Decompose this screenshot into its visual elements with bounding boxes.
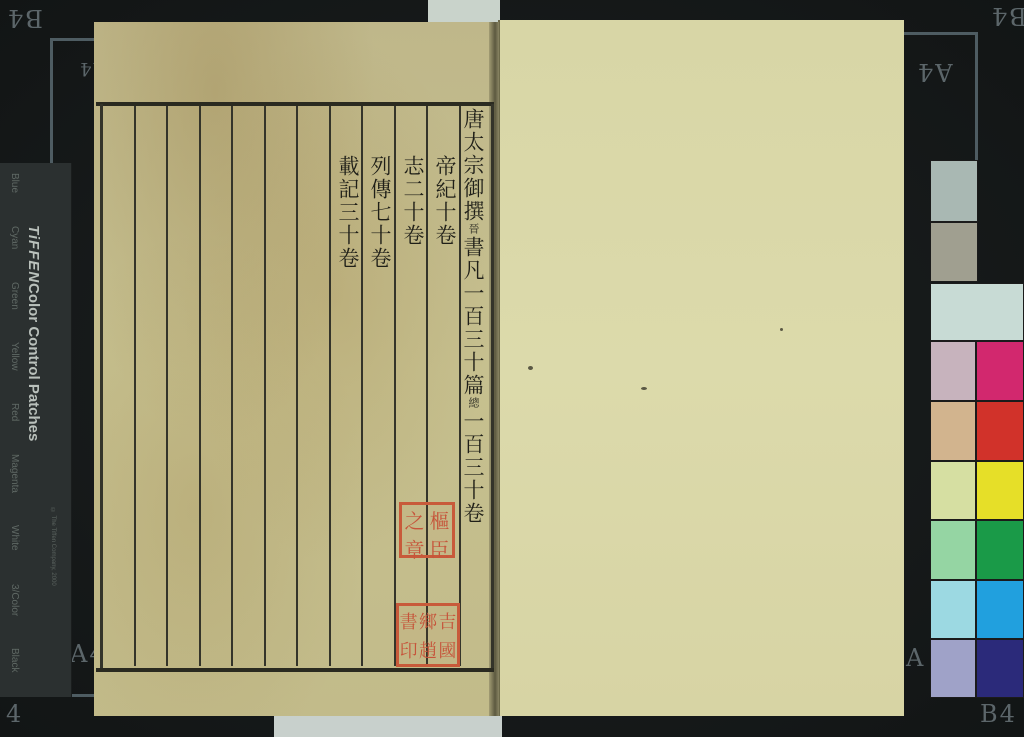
title-small-note-2: 總	[467, 397, 480, 410]
entry-imperial-annals: 帝紀十卷	[430, 155, 460, 247]
tiffen-label-black: Black	[6, 648, 20, 672]
seal-char: 臣	[430, 534, 450, 563]
patch-cyan	[976, 580, 1024, 639]
seal-char: 鄉	[419, 608, 437, 634]
entry-records: 載記三十卷	[333, 155, 363, 270]
title-main-top: 唐太宗御撰	[461, 108, 485, 223]
seal-char: 趙	[419, 637, 437, 663]
frame-label-top-right-outer: B4	[990, 2, 1024, 30]
tiffen-label-yellow: Yellow	[6, 342, 20, 371]
frame-label-top-right-inner: A4	[916, 58, 953, 86]
patch-light-yellow	[930, 461, 976, 520]
column-rule	[231, 106, 233, 666]
tiffen-label-3color: 3/Color	[6, 584, 20, 616]
seal-char: 國	[438, 637, 456, 663]
tiffen-label-blue: Blue	[6, 173, 20, 193]
tiffen-label-green: Green	[6, 282, 20, 310]
title-small-note: 晉	[467, 223, 480, 236]
entry-treatises: 志二十卷	[398, 155, 428, 247]
patch-light-blue	[930, 639, 976, 698]
seal-char: 印	[400, 637, 418, 663]
frame-label-bottom-left-outer: 4	[6, 700, 23, 728]
tape-bottom	[274, 716, 502, 737]
paper-spot	[641, 387, 647, 390]
book-right-page	[498, 20, 904, 716]
frame-line-top-right	[904, 32, 978, 35]
patch-mid-gray	[930, 222, 978, 282]
tiffen-label-magenta: Magenta	[6, 454, 20, 493]
frame-label-bottom-right-outer: B4	[980, 700, 1017, 728]
patch-magenta	[976, 341, 1024, 401]
patch-yellow	[976, 461, 1024, 520]
entry-biographies: 列傳七十卷	[365, 155, 395, 270]
red-seal-stamp-1: 之 樞 章 臣	[399, 502, 455, 558]
frame-line-right	[975, 32, 978, 162]
column-rule	[134, 106, 136, 666]
seal-char: 書	[400, 608, 418, 634]
page-right-border	[491, 104, 494, 668]
frame-label-bottom-right-inner: A	[906, 644, 925, 672]
tiffen-color-names: Blue Cyan Green Yellow Red Magenta White…	[6, 173, 20, 673]
tiffen-brand-text: TiFFENColor Control Patches	[22, 225, 42, 645]
patch-blue	[976, 639, 1024, 698]
tape-top	[428, 0, 500, 22]
tiffen-logo: TiFFEN	[25, 225, 42, 283]
column-rule	[264, 106, 266, 666]
title-main-mid: 書凡一百三十篇	[461, 236, 485, 397]
column-rule	[296, 106, 298, 666]
patch-light-magenta	[930, 341, 976, 401]
title-main-end: 一百三十卷	[461, 410, 485, 525]
paper-spot	[528, 366, 533, 370]
paper-spot	[780, 328, 783, 331]
color-calibration-patches	[930, 160, 1024, 700]
red-seal-stamp-2: 書 鄉 吉 印 趙 國	[396, 603, 460, 667]
patch-red	[976, 401, 1024, 461]
page-left-border	[100, 104, 103, 668]
seal-char: 樞	[430, 505, 450, 534]
patch-light-cyan	[930, 580, 976, 639]
frame-label-top-left: B4	[6, 4, 43, 32]
tiffen-label-cyan: Cyan	[6, 226, 20, 249]
column-rule	[166, 106, 168, 666]
page-top-border	[96, 102, 494, 106]
column-rule	[329, 106, 331, 666]
page-bottom-border	[96, 668, 494, 672]
patch-light-red	[930, 401, 976, 461]
tiffen-label-white: White	[6, 525, 20, 551]
patch-white	[930, 283, 1024, 341]
patch-light-green	[930, 520, 976, 580]
tiffen-color-control-strip: Blue Cyan Green Yellow Red Magenta White…	[0, 163, 72, 697]
frame-line-top-left	[50, 38, 94, 41]
seal-char: 之	[405, 505, 425, 534]
title-column: 唐太宗御撰晉書凡一百三十篇總一百三十卷	[458, 108, 488, 568]
tiffen-title: Color Control Patches	[25, 283, 42, 441]
column-rule	[199, 106, 201, 666]
seal-char: 章	[405, 534, 425, 563]
tiffen-label-red: Red	[6, 403, 20, 421]
tiffen-fine-print: © The Tiffen Company, 2000	[46, 508, 56, 568]
patch-green	[976, 520, 1024, 580]
seal-char: 吉	[438, 608, 456, 634]
patch-light-gray	[930, 160, 978, 222]
frame-line-left	[50, 38, 53, 168]
